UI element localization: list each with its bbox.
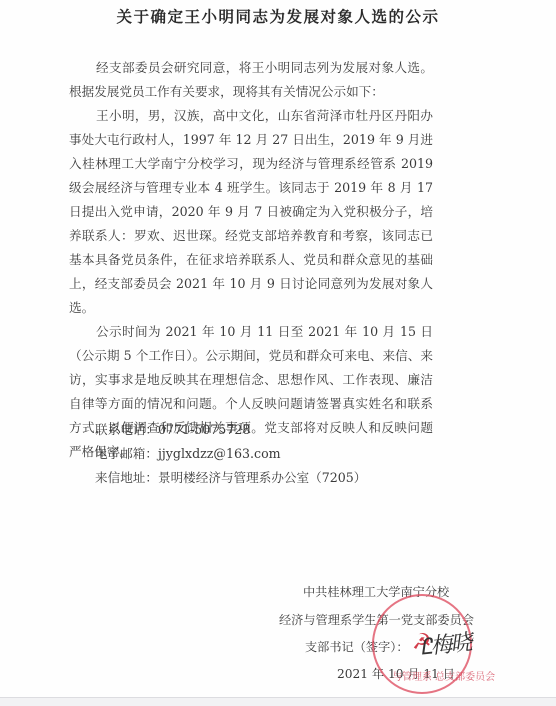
viewer-bottom-bar bbox=[0, 697, 556, 706]
document-body: 经支部委员会研究同意，将王小明同志列为发展对象人选。根据发展党员工作有关要求，现… bbox=[69, 56, 433, 464]
document-title: 关于确定王小明同志为发展对象人选的公示 bbox=[0, 5, 556, 27]
contact-block: 联系电话：0771-5075728 电子邮箱：jjyglxdzz@163.com… bbox=[95, 418, 366, 490]
contact-phone: 联系电话：0771-5075728 bbox=[95, 418, 366, 442]
document-page: 关于确定王小明同志为发展对象人选的公示 经支部委员会研究同意，将王小明同志列为发… bbox=[0, 0, 556, 697]
contact-address: 来信地址：景明楼经济与管理系办公室（7205） bbox=[95, 466, 366, 490]
seal-text: 与管理系 总支部委员会 bbox=[392, 668, 495, 683]
paragraph-candidate-info: 王小明，男，汉族，高中文化，山东省菏泽市牡丹区丹阳办事处大屯行政村人，1997 … bbox=[69, 104, 433, 320]
paragraph-intro: 经支部委员会研究同意，将王小明同志列为发展对象人选。根据发展党员工作有关要求，现… bbox=[69, 56, 433, 104]
contact-email: 电子邮箱：jjyglxdzz@163.com bbox=[95, 442, 366, 466]
handwritten-signature: Ꮭ梅晓 bbox=[419, 625, 472, 661]
